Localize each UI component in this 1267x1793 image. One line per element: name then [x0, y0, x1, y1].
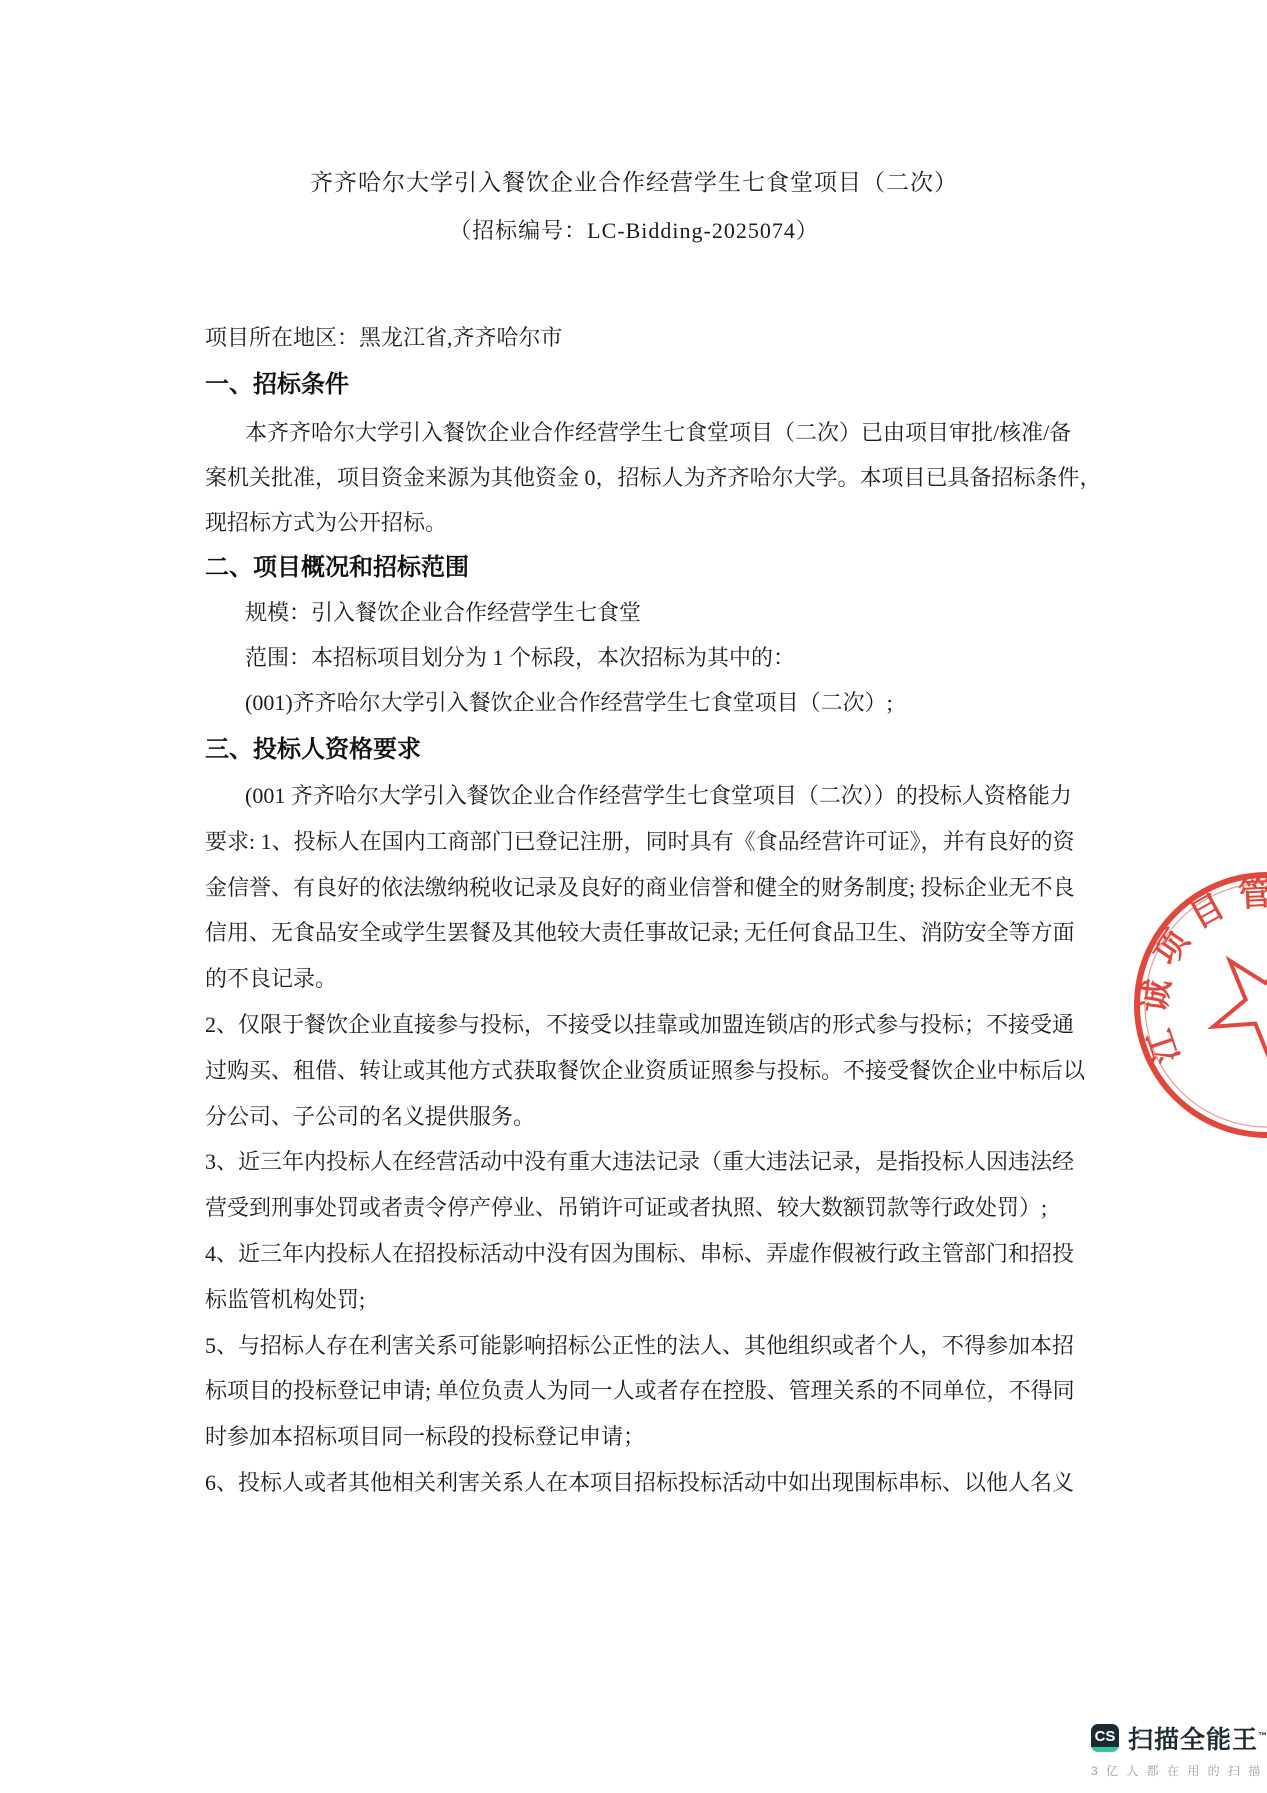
section-heading-2: 二、项目概况和招标范围 [205, 550, 1063, 586]
project-location-line: 项目所在地区：黑龙江省,齐齐哈尔市 [205, 321, 1063, 355]
document-body: 齐齐哈尔大学引入餐饮企业合作经营学生七食堂项目（二次） （招标编号：LC-Bid… [205, 166, 1063, 1506]
text-line: 标项目的投标登记申请; 单位负责人为同一人或者存在控股、管理关系的不同单位，不得… [205, 1368, 1063, 1414]
cs-icon-letters: CS [1091, 1725, 1119, 1748]
trademark-mark: ™ [1258, 1731, 1267, 1741]
app-name-text: 扫描全能王 [1128, 1726, 1258, 1754]
seal-graphic: 江诚项目管理 [1087, 825, 1267, 1185]
text-line: 本齐齐哈尔大学引入餐饮企业合作经营学生七食堂项目（二次）已由项目审批/核准/备 [205, 410, 1063, 455]
text-line: 分公司、子公司的名义提供服务。 [205, 1094, 1063, 1140]
camscanner-app-name: 扫描全能王™ [1128, 1720, 1267, 1756]
document-title: 齐齐哈尔大学引入餐饮企业合作经营学生七食堂项目（二次） [205, 166, 1063, 200]
text-line: 信用、无食品安全或学生罢餐及其他较大责任事故记录; 无任何食品卫生、消防安全等方… [205, 910, 1063, 956]
seal-star-icon [1195, 927, 1267, 1074]
text-line: 现招标方式为公开招标。 [205, 500, 1063, 545]
section-body-2: 规模：引入餐饮企业合作经营学生七食堂 范围：本招标项目划分为 1 个标段，本次招… [205, 590, 1063, 725]
text-line: 金信誉、有良好的依法缴纳税收记录及良好的商业信誉和健全的财务制度; 投标企业无不… [205, 865, 1063, 911]
tender-number: （招标编号：LC-Bidding-2025074） [205, 216, 1063, 246]
text-line: 时参加本招标项目同一标段的投标登记申请； [205, 1414, 1063, 1460]
red-seal-stamp: 江诚项目管理 [1087, 825, 1267, 1185]
camscanner-cs-icon: CS [1091, 1724, 1119, 1752]
text-line: 营受到刑事处罚或者责令停产停业、吊销许可证或者执照、较大数额罚款等行政处罚）; [205, 1185, 1063, 1231]
camscanner-tagline: 3 亿 人 都 在 用 的 扫 描 App [1091, 1762, 1251, 1779]
text-line: 过购买、租借、转让或其他方式获取餐饮企业资质证照参与投标。不接受餐饮企业中标后以 [205, 1048, 1063, 1094]
text-line: 2、仅限于餐饮企业直接参与投标，不接受以挂靠或加盟连锁店的形式参与投标；不接受通 [205, 1002, 1063, 1048]
camscanner-logo-row: CS 扫描全能王™ [1091, 1720, 1251, 1756]
text-line: 5、与招标人存在利害关系可能影响招标公正性的法人、其他组织或者个人，不得参加本招 [205, 1323, 1063, 1369]
text-line: 3、近三年内投标人在经营活动中没有重大违法记录（重大违法记录，是指投标人因违法经 [205, 1139, 1063, 1185]
camscanner-watermark: CS 扫描全能王™ 3 亿 人 都 在 用 的 扫 描 App [1091, 1720, 1251, 1779]
text-line: 4、近三年内投标人在招投标活动中没有因为围标、串标、弄虚作假被行政主管部门和招投 [205, 1231, 1063, 1277]
section-body-1: 本齐齐哈尔大学引入餐饮企业合作经营学生七食堂项目（二次）已由项目审批/核准/备 … [205, 410, 1063, 545]
text-line: 6、投标人或者其他相关利害关系人在本项目招标投标活动中如出现围标串标、以他人名义 [205, 1460, 1063, 1506]
section-heading-1: 一、招标条件 [205, 367, 1063, 403]
text-line: 规模：引入餐饮企业合作经营学生七食堂 [205, 590, 1063, 635]
text-line: 要求: 1、投标人在国内工商部门已登记注册，同时具有《食品经营许可证》，并有良好… [205, 819, 1063, 865]
section-body-3: (001 齐齐哈尔大学引入餐饮企业合作经营学生七食堂项目（二次））的投标人资格能… [205, 773, 1063, 1506]
text-line: 标监管机构处罚; [205, 1277, 1063, 1323]
text-line: (001)齐齐哈尔大学引入餐饮企业合作经营学生七食堂项目（二次）; [205, 680, 1063, 725]
scanned-document-page: 齐齐哈尔大学引入餐饮企业合作经营学生七食堂项目（二次） （招标编号：LC-Bid… [0, 0, 1267, 1793]
text-line: (001 齐齐哈尔大学引入餐饮企业合作经营学生七食堂项目（二次））的投标人资格能… [205, 773, 1063, 819]
text-line: 的不良记录。 [205, 956, 1063, 1002]
text-line: 范围：本招标项目划分为 1 个标段，本次招标为其中的： [205, 635, 1063, 680]
section-heading-3: 三、投标人资格要求 [205, 732, 1063, 768]
text-line: 案机关批准，项目资金来源为其他资金 0，招标人为齐齐哈尔大学。本项目已具备招标条… [205, 455, 1063, 500]
